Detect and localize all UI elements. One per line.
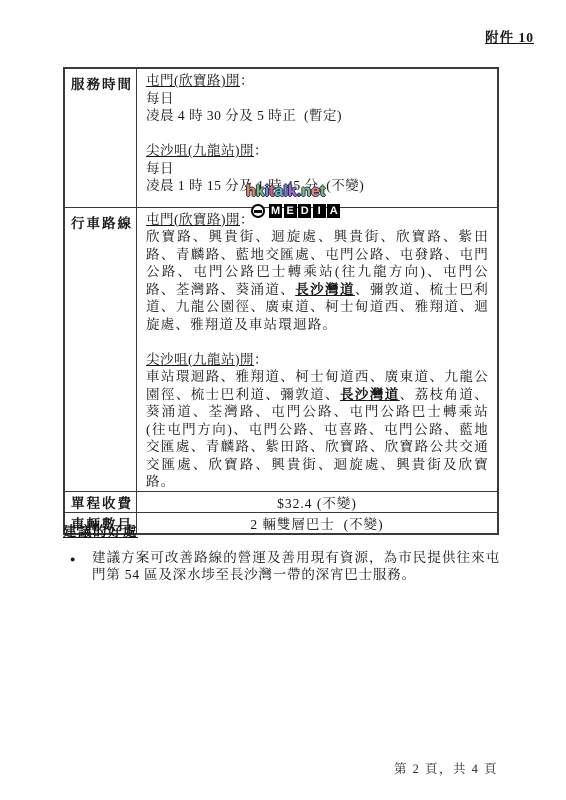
row-label-service-hours: 服務時間 <box>64 68 137 207</box>
departure-heading: 屯門(欣寶路)開： <box>146 72 489 90</box>
watermark-letter: h <box>246 183 256 200</box>
departure-place: 屯門(欣寶路)開 <box>146 73 240 88</box>
circled-minus-icon <box>251 204 265 218</box>
service-table: 服務時間 屯門(欣寶路)開：每日凌晨 4 時 30 分及 5 時正 (暫定) 尖… <box>63 67 499 535</box>
bullet-item: ●建議方案可改善路線的營運及善用現有資源，為市民提供往來屯門第 54 區及深水埗… <box>70 549 500 583</box>
watermark-letter: t <box>320 183 325 200</box>
departure-heading: 尖沙咀(九龍站)開： <box>146 142 489 160</box>
fare-value: $32.4 (不變) <box>137 491 499 512</box>
media-letter-box: A <box>327 204 340 218</box>
bullet-text: 建議方案可改善路線的營運及善用現有資源，為市民提供往來屯門第 54 區及深水埗至… <box>92 549 500 583</box>
service-time-line: 每日 <box>146 90 489 108</box>
media-letter-box: D <box>298 204 311 218</box>
watermark-letter: k <box>256 183 265 200</box>
route-paragraph: 車站環迴路、雅翔道、柯士甸道西、廣東道、九龍公園徑、梳士巴利道、彌敦道、長沙灣道… <box>146 368 489 491</box>
service-time-line: 每日 <box>146 160 489 178</box>
bullet-list: ●建議方案可改善路線的營運及善用現有資源，為市民提供往來屯門第 54 區及深水埗… <box>70 549 500 583</box>
vehicles-value: 2 輛雙層巴士 (不變) <box>137 512 499 534</box>
hkitalk-watermark: hkitalk.net <box>246 184 325 200</box>
route-emphasis: 長沙灣道 <box>295 282 355 297</box>
route-cell: 屯門(欣寶路)開：欣寶路、興貴街、迴旋處、興貴街、欣寶路、紫田路、青麟路、藍地交… <box>137 207 499 491</box>
media-letter-box: I <box>313 204 326 218</box>
route-paragraph: 欣寶路、興貴街、迴旋處、興貴街、欣寶路、紫田路、青麟路、藍地交匯處、屯門公路、屯… <box>146 228 489 333</box>
blank-line <box>146 125 489 143</box>
table-row-route: 行車路線 屯門(欣寶路)開：欣寶路、興貴街、迴旋處、興貴街、欣寶路、紫田路、青麟… <box>64 207 498 491</box>
watermark-letter: e <box>311 183 320 200</box>
row-label-route: 行車路線 <box>64 207 137 491</box>
media-letter-box: M <box>269 204 282 218</box>
benefits-heading: 建議的好處 <box>63 520 138 540</box>
media-logo: MEDIA <box>251 203 342 218</box>
service-time-line: 凌晨 4 時 30 分及 5 時正 (暫定) <box>146 107 489 125</box>
watermark-letter: k <box>288 183 297 200</box>
departure-place: 尖沙咀(九龍站)開 <box>146 143 254 158</box>
attachment-label: 附件 10 <box>485 26 534 46</box>
departure-place: 屯門(欣寶路)開 <box>146 212 240 227</box>
row-label-fare: 單程收費 <box>64 491 137 512</box>
departure-place: 尖沙咀(九龍站)開 <box>146 352 254 367</box>
page-indicator: 第 2 頁，共 4 頁 <box>394 759 498 777</box>
watermark-letter: n <box>301 183 311 200</box>
bullet-marker-icon: ● <box>70 549 92 583</box>
departure-heading: 尖沙咀(九龍站)開： <box>146 351 489 369</box>
table-row-fare: 單程收費 $32.4 (不變) <box>64 491 498 512</box>
document-page: 附件 10 服務時間 屯門(欣寶路)開：每日凌晨 4 時 30 分及 5 時正 … <box>0 0 566 800</box>
media-letter-box: E <box>284 204 297 218</box>
route-emphasis: 長沙灣道 <box>340 387 400 402</box>
blank-line <box>146 333 489 351</box>
